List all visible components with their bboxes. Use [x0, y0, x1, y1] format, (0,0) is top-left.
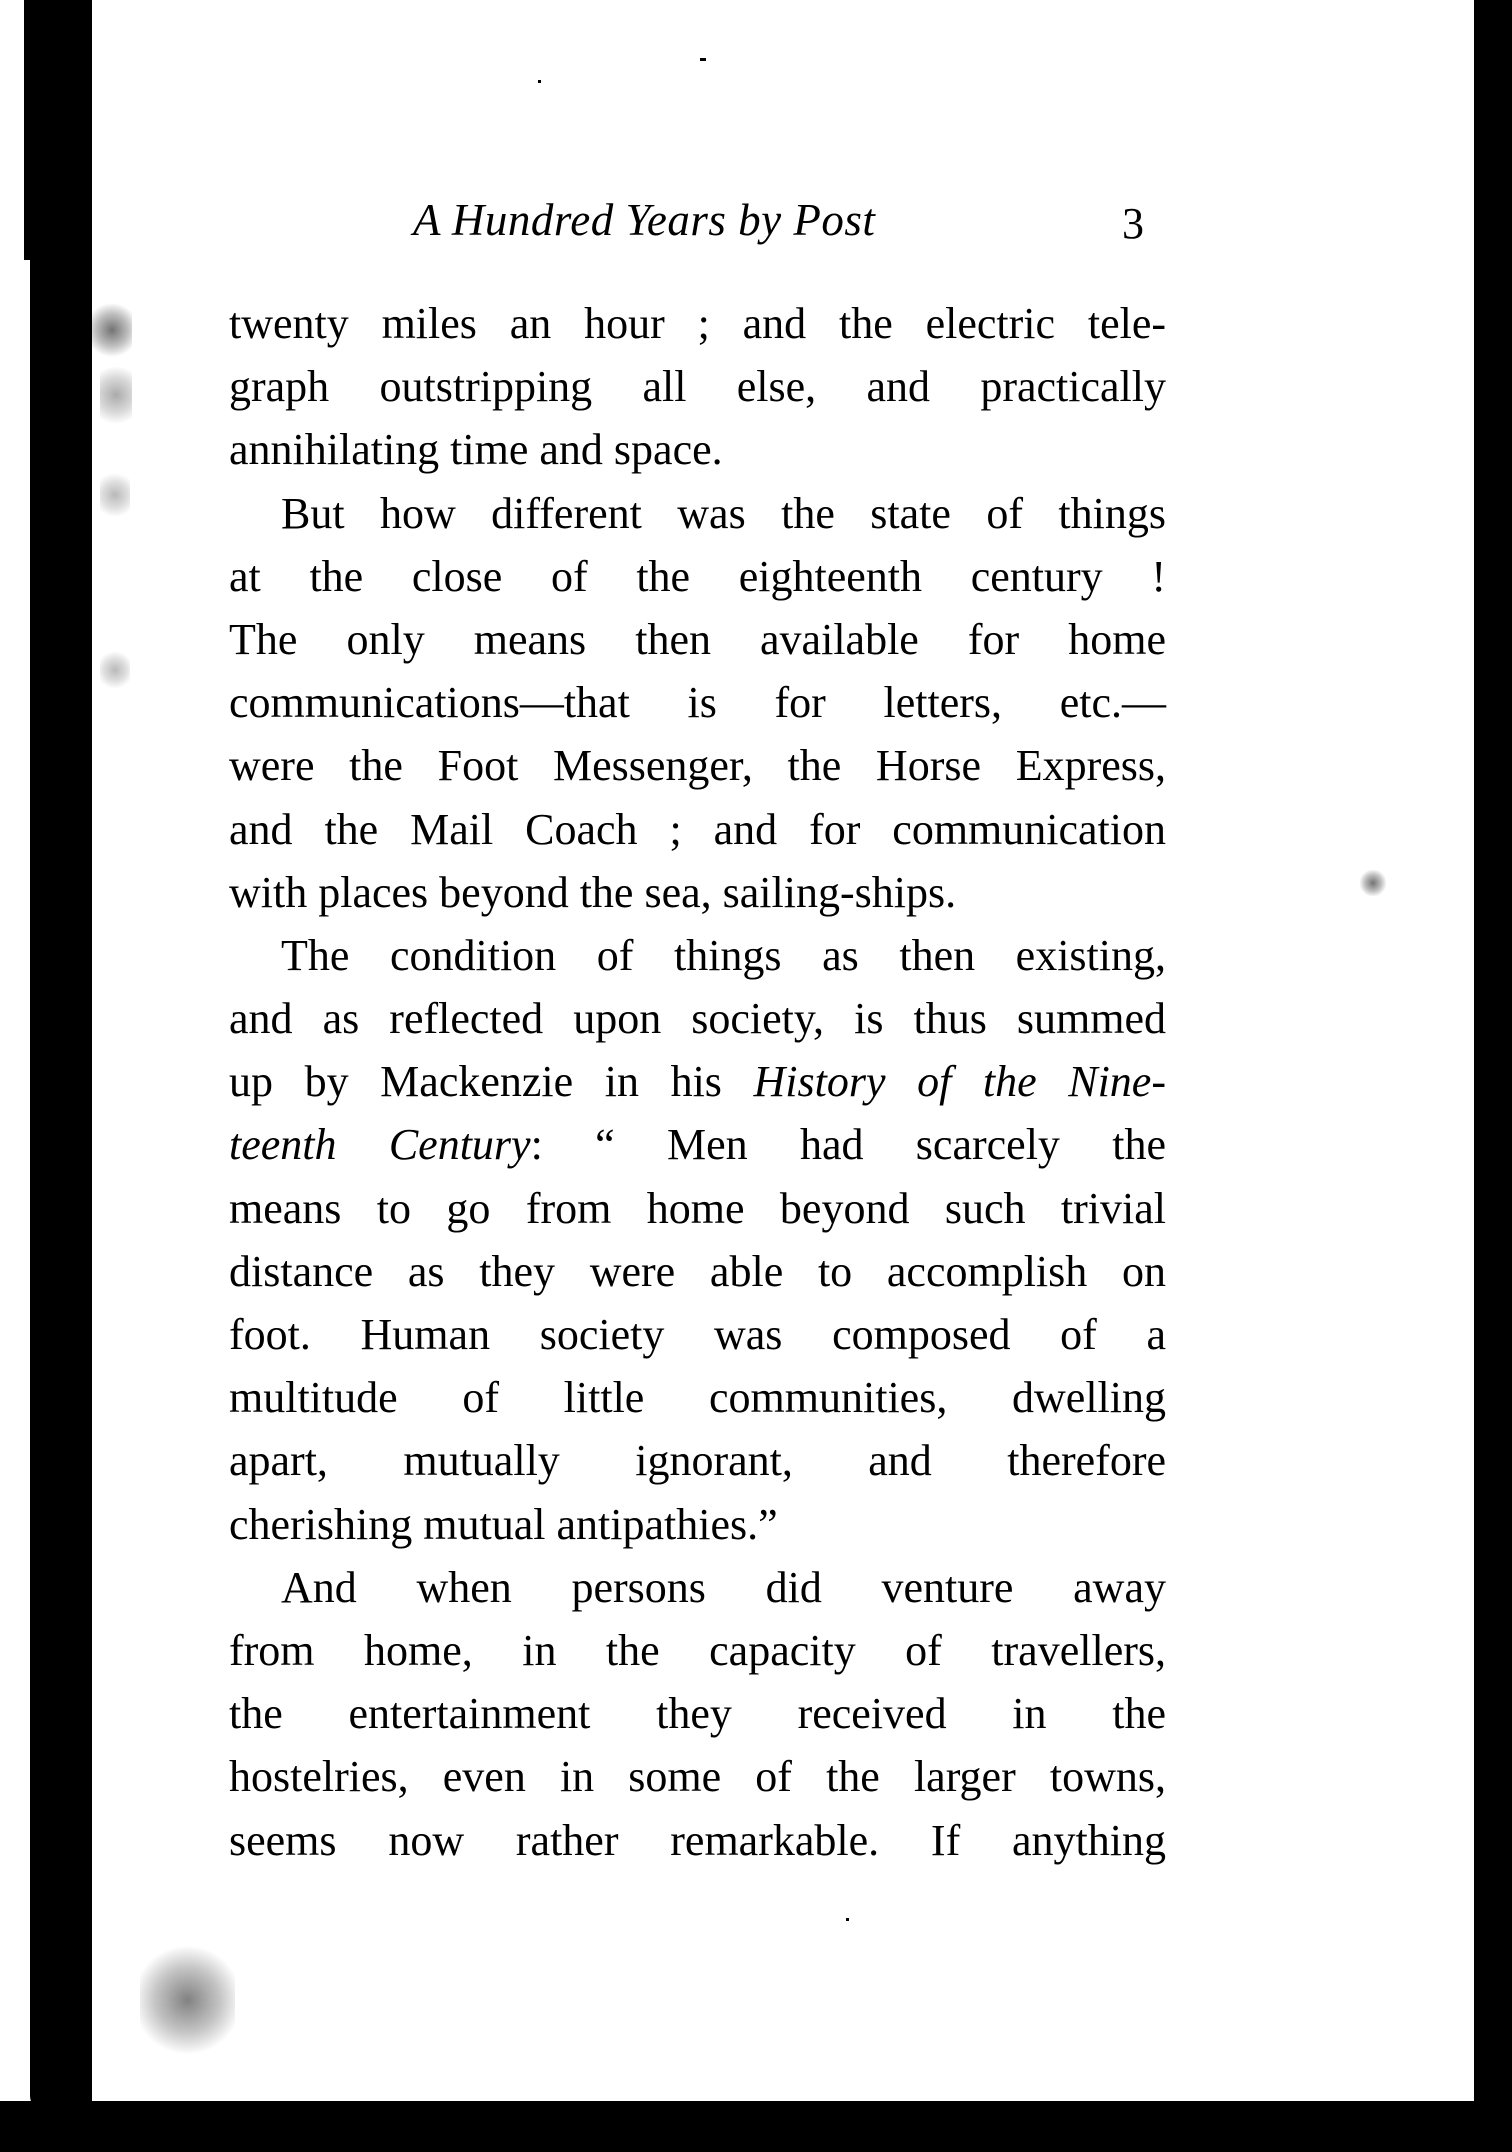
- text-line: and the Mail Coach ; and for communicati…: [229, 798, 1166, 861]
- text-run: : “ Men had scarcely the: [531, 1120, 1166, 1169]
- text-line: cherishing mutual antipathies.”: [229, 1493, 1166, 1556]
- text-line: apart, mutually ignorant, and therefore: [229, 1429, 1166, 1492]
- text-line: and as reflected upon society, is thus s…: [229, 987, 1166, 1050]
- page-number: 3: [1122, 194, 1144, 254]
- smudge-left-3: [100, 470, 130, 520]
- text-line: annihilating time and space.: [229, 418, 1166, 481]
- scan-border-right: [1474, 0, 1512, 2152]
- text-line: were the Foot Messenger, the Horse Expre…: [229, 734, 1166, 797]
- italic-book-title: teenth Century: [229, 1120, 531, 1169]
- smudge-left-1: [92, 300, 132, 360]
- text-line: And when persons did venture away: [229, 1556, 1166, 1619]
- speck-bottom: [846, 1918, 849, 1921]
- text-line: distance as they were able to accomplish…: [229, 1240, 1166, 1303]
- text-line: multitude of little communities, dwellin…: [229, 1366, 1166, 1429]
- speck-top-1: [538, 80, 541, 83]
- text-line: communications—that is for letters, etc.…: [229, 671, 1166, 734]
- text-line: foot. Human society was composed of a: [229, 1303, 1166, 1366]
- text-line: The condition of things as then existing…: [229, 924, 1166, 987]
- text-line: The only means then available for home: [229, 608, 1166, 671]
- smudge-right-mark: [1360, 870, 1386, 896]
- text-line: the entertainment they received in the: [229, 1682, 1166, 1745]
- text-line: seems now rather remarkable. If anything: [229, 1809, 1166, 1872]
- speck-top-2: [700, 58, 706, 61]
- smudge-left-2: [100, 360, 132, 430]
- running-title: A Hundred Years by Post: [413, 190, 875, 250]
- italic-book-title: History of the Nine-: [754, 1057, 1167, 1106]
- text-line: teenth Century: “ Men had scarcely the: [229, 1113, 1166, 1176]
- text-run: up by Mackenzie in his: [229, 1057, 754, 1106]
- body-text: twenty miles an hour ; and the electric …: [229, 292, 1166, 1872]
- text-line: from home, in the capacity of travellers…: [229, 1619, 1166, 1682]
- text-line: hostelries, even in some of the larger t…: [229, 1745, 1166, 1808]
- text-line: with places beyond the sea, sailing-ship…: [229, 861, 1166, 924]
- text-line: at the close of the eighteenth century !: [229, 545, 1166, 608]
- scanned-page: A Hundred Years by Post 3 twenty miles a…: [0, 0, 1512, 2152]
- text-line: graph outstripping all else, and practic…: [229, 355, 1166, 418]
- running-header: A Hundred Years by Post 3: [230, 190, 1165, 250]
- text-line: up by Mackenzie in his History of the Ni…: [229, 1050, 1166, 1113]
- smudge-left-4: [100, 650, 130, 690]
- scan-border-bottom: [0, 2101, 1512, 2152]
- scan-border-left: [30, 0, 92, 2110]
- text-line: twenty miles an hour ; and the electric …: [229, 292, 1166, 355]
- text-line: means to go from home beyond such trivia…: [229, 1177, 1166, 1240]
- text-line: But how different was the state of thing…: [229, 482, 1166, 545]
- smudge-bottom-left: [140, 1945, 235, 2055]
